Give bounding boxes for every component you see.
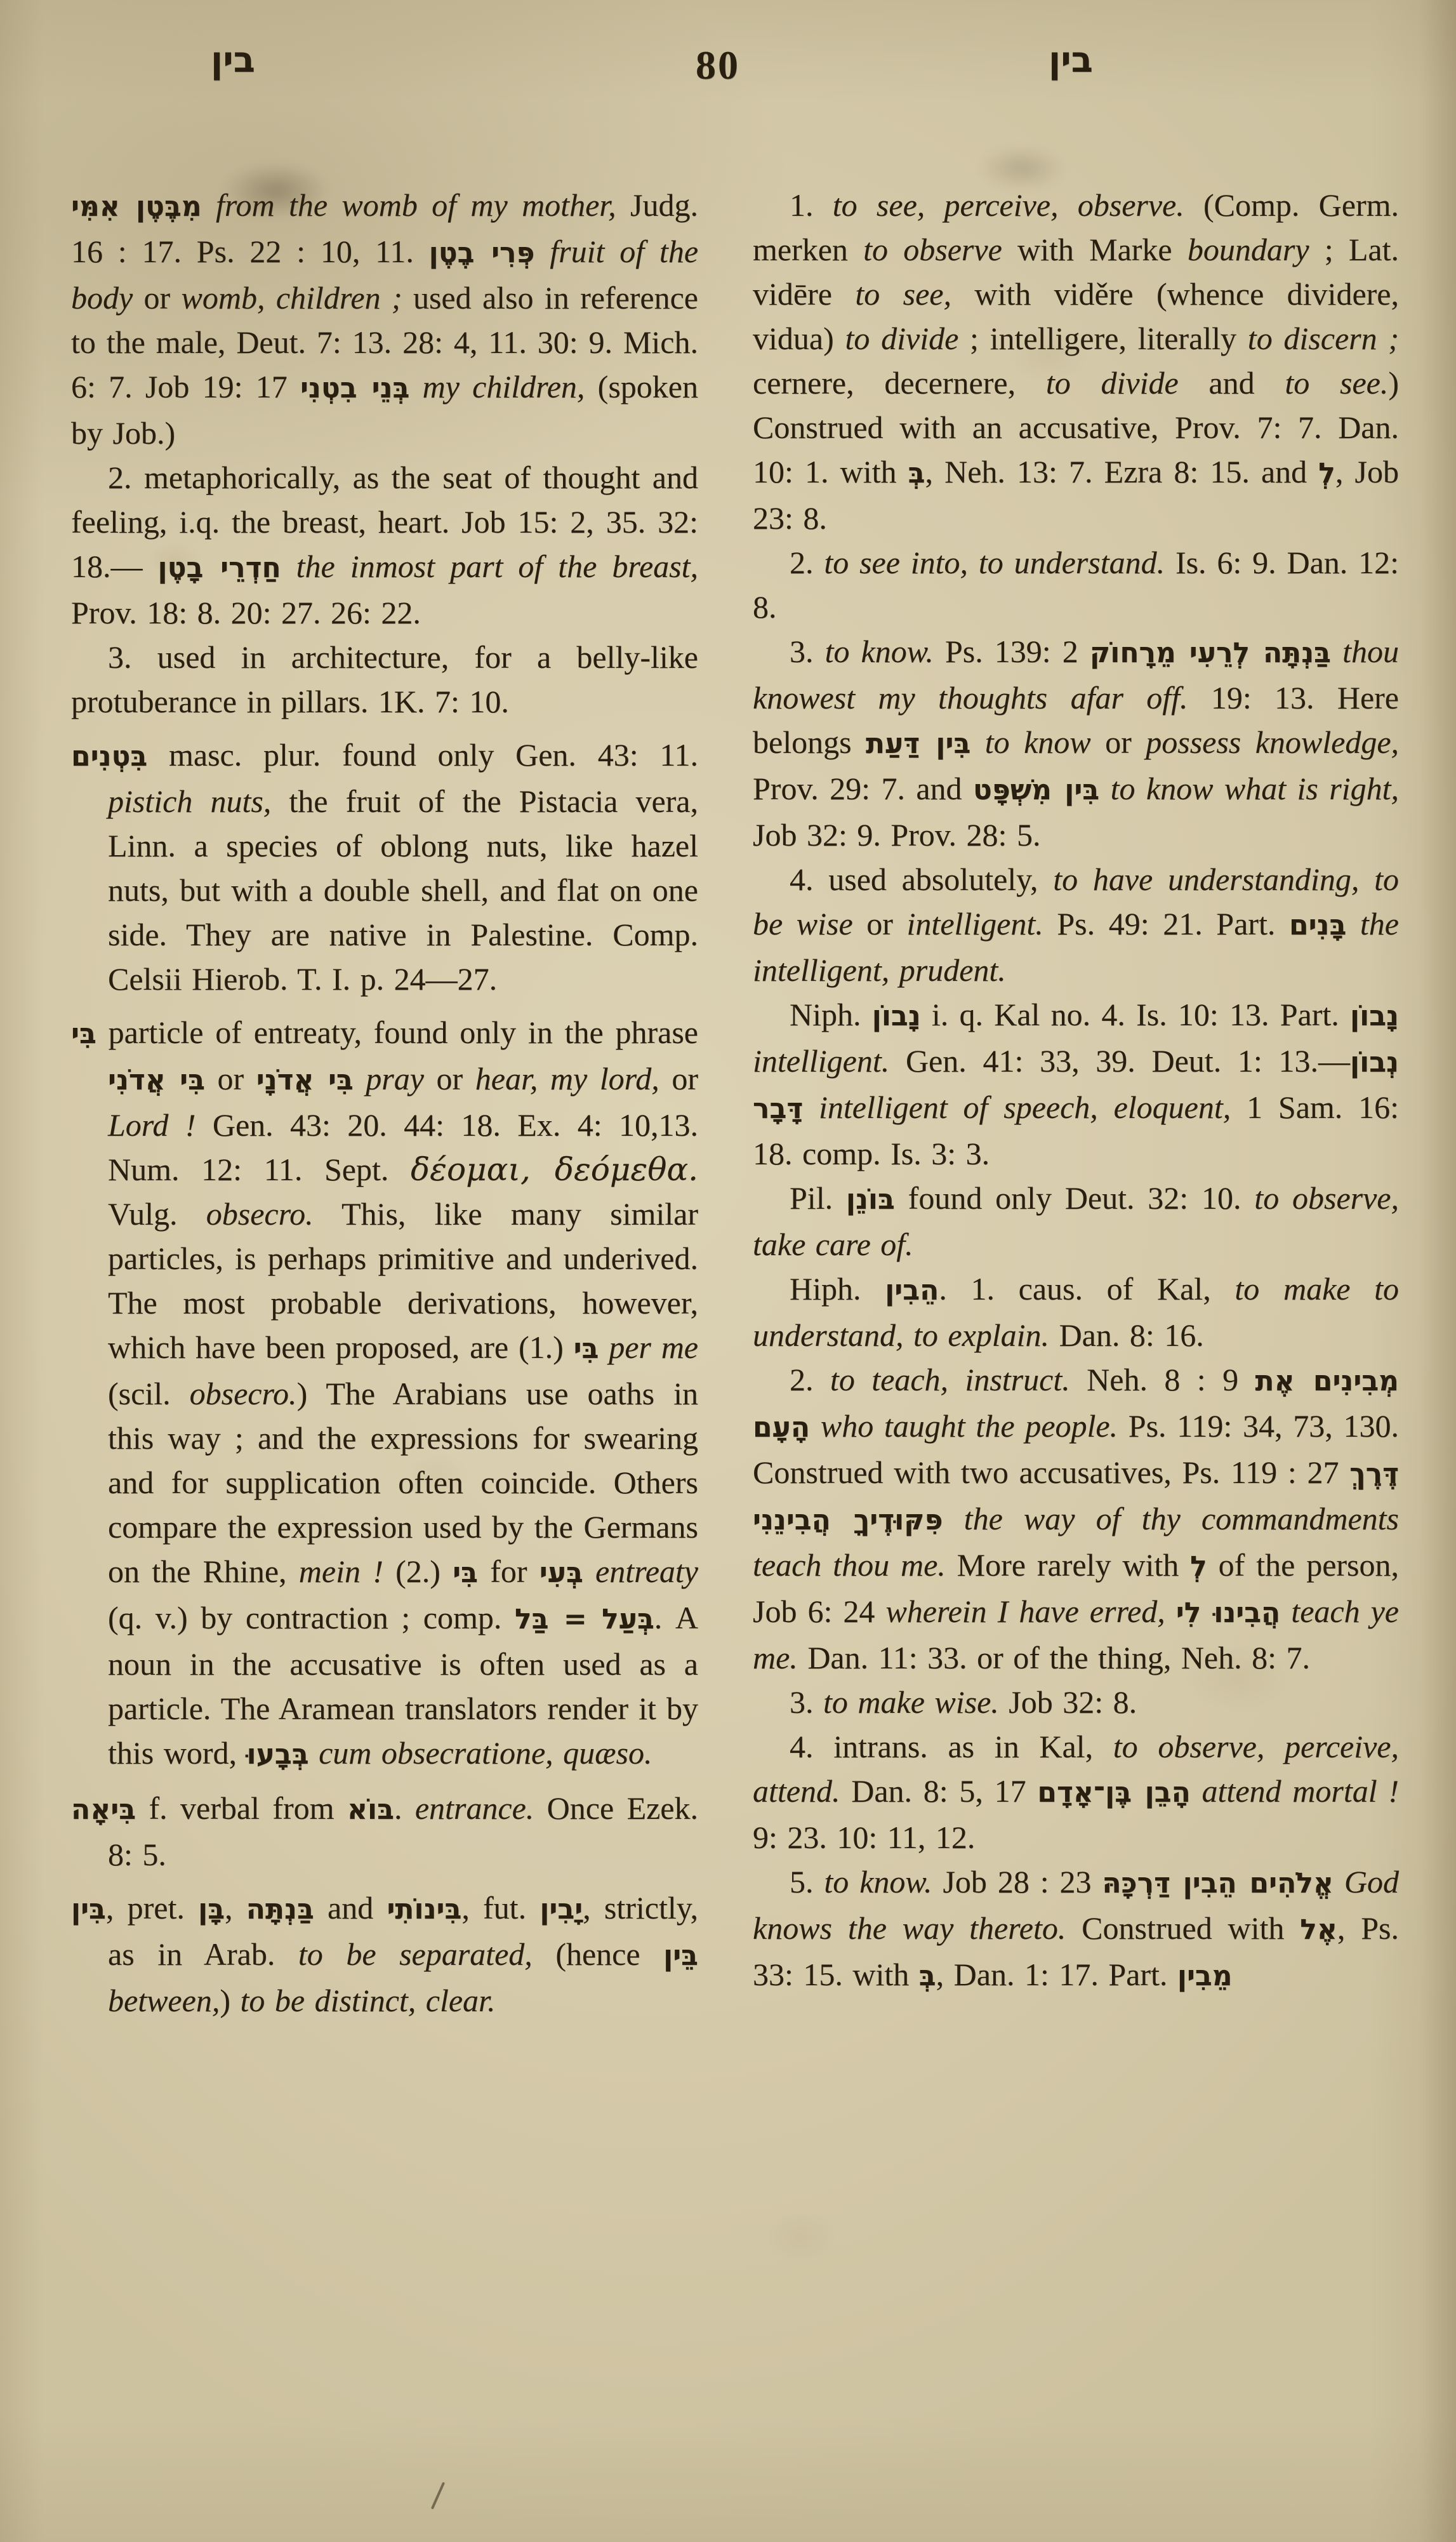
text-run-roman: 2.: [790, 1362, 830, 1397]
text-run-italic: to know.: [825, 634, 934, 669]
text-run-italic: between,: [108, 1983, 220, 2018]
text-run-hebrew: אֱלֹהִים הֵבִין דַּרְכָּהּ: [1102, 1867, 1334, 1900]
text-run-italic: to be distinct, clear.: [240, 1983, 495, 2018]
text-run-italic: to be separated,: [298, 1936, 533, 1972]
paragraph-sense: Hiph. הֵבִין. 1. caus. of Kal, to make t…: [753, 1267, 1399, 1357]
text-run-italic: Lord !: [108, 1107, 195, 1143]
text-run-italic: per me: [599, 1329, 698, 1365]
text-run-roman: and: [1179, 365, 1285, 401]
paragraph-entry: בִּין, pret. בָּן, בַּנְתָּה and בִּינוֹ…: [71, 1886, 698, 2023]
text-run-roman: , Dan. 1: 17. Part.: [936, 1957, 1177, 1992]
text-run-roman: ; intelligere, literally: [958, 321, 1248, 356]
text-run-hebrew: מִבֶּטֶן אִמִּי: [71, 190, 202, 223]
text-run-roman: f. verbal from: [136, 1790, 347, 1826]
text-run-hebrew: חַדְרֵי בָטֶן: [158, 552, 281, 584]
text-run-roman: , fut.: [461, 1890, 539, 1926]
text-run-roman: Construed with: [1066, 1910, 1300, 1946]
text-run-roman: ,: [225, 1890, 246, 1926]
text-run-roman: (q. v.) by contraction ; comp.: [108, 1600, 515, 1635]
text-run-roman: Job 32: 9. Prov. 28: 5.: [753, 817, 1040, 853]
text-run-roman: Dan. 8: 16.: [1049, 1317, 1204, 1353]
text-run-hebrew: יָבִין: [539, 1893, 583, 1926]
text-run-roman: with Marke: [1002, 232, 1188, 267]
text-run-hebrew: מֵבִין: [1177, 1960, 1233, 1992]
text-run-roman: [1165, 1594, 1176, 1629]
paragraph-sense: 3. to know. Ps. 139: 2 בַּנְתָּה לְרֵעִי…: [753, 629, 1399, 857]
text-run-hebrew: בִּין דַּעַת: [866, 728, 970, 760]
text-run-italic: to observe: [863, 232, 1002, 267]
left-column: מִבֶּטֶן אִמִּי from the womb of my moth…: [71, 183, 698, 2023]
text-run-italic: to make wise.: [823, 1684, 999, 1720]
text-run-italic: obsecro.: [190, 1376, 297, 1411]
text-run-roman: (hence: [533, 1936, 663, 1972]
text-run-roman: cernere, decernere,: [753, 365, 1046, 401]
text-run-roman: Prov. 18: 8. 20: 27. 26: 22.: [71, 595, 421, 630]
text-run-roman: Vulg.: [108, 1196, 206, 1232]
text-run-hebrew: בַּנְתָּה לְרֵעִי מֵרָחוֹק: [1090, 637, 1331, 669]
paragraph-sense: 1. to see, perceive, observe. (Comp. Ger…: [753, 183, 1399, 540]
text-run-roman: or: [424, 1061, 475, 1096]
header-right-word: בין: [1049, 39, 1093, 81]
paragraph-sense: 3. used in architecture, for a belly-lik…: [71, 635, 698, 724]
text-run-hebrew: הָבֵן בֶּן־אָדָם: [1037, 1776, 1190, 1809]
text-run-italic: cum obsecratione, quæso.: [309, 1735, 652, 1771]
text-run-roman: 4. intrans. as in Kal,: [790, 1729, 1113, 1764]
text-run-hebrew: בִּטְנִים: [71, 740, 147, 773]
text-run-hebrew: בְּעַל = בַּל: [515, 1603, 654, 1635]
text-run-italic: to know.: [824, 1864, 932, 1900]
text-run-roman: masc. plur. found only Gen. 43: 11.: [147, 737, 698, 773]
text-run-italic: who taught the people.: [810, 1408, 1118, 1444]
right-column: 1. to see, perceive, observe. (Comp. Ger…: [753, 183, 1399, 1999]
paragraph-sense: Niph. נָבוֹן i. q. Kal no. 4. Is. 10: 13…: [753, 992, 1399, 1176]
paragraph-sense: 5. to know. Job 28 : 23 אֱלֹהִים הֵבִין …: [753, 1860, 1399, 1999]
paragraph-sense: 4. intrans. as in Kal, to observe, perce…: [753, 1724, 1399, 1860]
text-run-italic: obsecro.: [206, 1196, 314, 1232]
text-run-hebrew: בּוֹא: [347, 1793, 394, 1826]
text-run-hebrew: בָּנִים: [1289, 909, 1346, 942]
text-run-hebrew: בִּיאָה: [71, 1793, 136, 1826]
text-run-italic: boundary: [1188, 232, 1309, 267]
text-run-hebrew: בִּי: [574, 1333, 599, 1365]
text-run-roman: i. q. Kal no. 4. Is. 10: 13. Part.: [921, 997, 1350, 1032]
stray-pen-mark: [431, 2482, 445, 2510]
text-run-roman: Ps. 139: 2: [934, 634, 1090, 669]
text-run-roman: , Neh. 13: 7. Ezra 8: 15. and: [925, 454, 1318, 489]
text-run-roman: 3.: [790, 1684, 823, 1720]
text-run-roman: . 1. caus. of Kal,: [939, 1271, 1234, 1307]
text-run-italic: entrance.: [415, 1790, 534, 1826]
text-run-roman: Dan. 8: 5, 17: [840, 1773, 1037, 1809]
text-run-italic: intelligent.: [907, 906, 1043, 942]
paragraph-entry: בִּי particle of entreaty, found only in…: [71, 1010, 698, 1777]
text-run-roman: Dan. 11: 33. or of the thing, Neh. 8: 7.: [798, 1640, 1310, 1675]
text-run-italic: to see into, to understand.: [824, 545, 1165, 580]
text-run-roman: or: [659, 1061, 698, 1096]
text-run-hebrew: נָבוֹן: [1350, 1000, 1399, 1032]
paragraph-sense: 2. to teach, instruct. Neh. 8 : 9 מְבִינ…: [753, 1357, 1399, 1680]
text-run-hebrew: נָבוֹן: [872, 1000, 921, 1032]
text-run-italic: from the womb of my mother,: [202, 187, 616, 223]
text-run-italic: to divide: [845, 321, 958, 356]
text-run-italic: mein !: [299, 1554, 383, 1589]
text-run-italic: attend mortal !: [1191, 1773, 1399, 1809]
text-run-hebrew: אֶל: [1300, 1913, 1337, 1946]
text-run-roman: found only Deut. 32: 10.: [895, 1180, 1254, 1216]
text-run-italic: to see,: [855, 276, 951, 312]
paragraph-entry: בִּיאָה f. verbal from בּוֹא. entrance. …: [71, 1786, 698, 1877]
text-run-roman: Hiph.: [790, 1271, 885, 1307]
text-run-roman: 5.: [790, 1864, 824, 1900]
book-page: בין 80 בין מִבֶּטֶן אִמִּי from the womb…: [0, 0, 1456, 2542]
text-run-roman: , pret.: [106, 1890, 198, 1926]
text-run-italic: possess knowledge,: [1146, 724, 1399, 760]
text-run-italic: hear, my lord,: [475, 1061, 659, 1096]
text-run-roman: and: [314, 1890, 387, 1926]
text-run-hebrew: לְ: [1190, 1550, 1207, 1583]
text-run-hebrew: לְ: [1318, 457, 1335, 489]
text-run-italic: to know: [970, 724, 1090, 760]
paragraph-sense: 3. to make wise. Job 32: 8.: [753, 1680, 1399, 1724]
text-run-roman: 3. used in architecture, for a belly-lik…: [71, 639, 698, 719]
text-run-hebrew: בְּ: [919, 1960, 936, 1992]
text-run-hebrew: בֵּין: [663, 1940, 698, 1972]
text-run-roman: Prov. 29: 7. and: [753, 771, 973, 806]
text-run-hebrew: בִּין מִשְׁפָּט: [973, 774, 1099, 806]
text-run-roman: or: [853, 906, 907, 942]
text-run-roman: or: [133, 280, 181, 316]
text-run-roman: .: [394, 1790, 415, 1826]
text-run-roman: or: [205, 1061, 256, 1096]
text-run-italic: intelligent.: [753, 1043, 889, 1079]
text-run-roman: 1.: [790, 187, 833, 223]
text-run-roman: for: [478, 1554, 539, 1589]
text-run-roman: or: [1091, 724, 1146, 760]
text-run-italic: pray: [354, 1061, 424, 1096]
text-run-hebrew: הֵבִין: [885, 1274, 939, 1307]
paragraph-sense: 4. used absolutely, to have understandin…: [753, 857, 1399, 992]
text-run-roman: (2.): [383, 1554, 453, 1589]
text-run-roman: ): [220, 1983, 240, 2018]
text-run-roman: Pil.: [790, 1180, 846, 1216]
text-run-hebrew: בִּי אֲדֹנִי: [108, 1064, 205, 1096]
text-run-roman: particle of entreaty, found only in the …: [96, 1015, 698, 1050]
text-run-italic: my children,: [409, 369, 585, 404]
text-run-hebrew: בְּ: [908, 457, 925, 489]
text-run-italic: womb, children ;: [182, 280, 402, 316]
text-run-hebrew: בְּעִי: [539, 1557, 583, 1589]
text-run-hebrew: בִּין: [71, 1893, 106, 1926]
text-run-italic: the inmost part of the breast,: [281, 549, 698, 584]
paragraph-sense: 2. to see into, to understand. Is. 6: 9.…: [753, 540, 1399, 629]
text-run-hebrew: בּוֹנֵן: [846, 1183, 895, 1216]
page-number: 80: [696, 42, 740, 89]
text-run-italic: pistich nuts,: [108, 783, 271, 819]
text-run-roman: Job 32: 8.: [999, 1684, 1137, 1720]
text-run-hebrew: פְּרִי בֶטֶן: [429, 237, 535, 269]
text-run-roman: Job 28 : 23: [932, 1864, 1102, 1900]
text-run-roman: 9: 23. 10: 11, 12.: [753, 1820, 975, 1855]
paragraph-sense: 2. metaphorically, as the seat of though…: [71, 455, 698, 635]
text-run-hebrew: בְּבָעוּ: [247, 1738, 309, 1771]
paragraph-sense: Pil. בּוֹנֵן found only Deut. 32: 10. to…: [753, 1176, 1399, 1267]
text-run-hebrew: בָּן: [198, 1893, 225, 1926]
text-run-roman: Ps. 49: 21. Part.: [1043, 906, 1289, 942]
text-run-italic: to discern ;: [1248, 321, 1399, 356]
text-run-roman: Niph.: [790, 997, 872, 1032]
text-run-roman: (scil.: [108, 1376, 190, 1411]
text-run-italic: wherein I have erred,: [885, 1594, 1165, 1629]
text-run-roman: 3.: [790, 634, 825, 669]
text-run-roman: 2.: [790, 545, 824, 580]
paragraph-entry: בִּטְנִים masc. plur. found only Gen. 43…: [71, 733, 698, 1001]
text-run-roman: Neh. 8 : 9: [1070, 1362, 1255, 1397]
text-run-italic: to see.: [1285, 365, 1388, 401]
text-run-hebrew: בִּי: [453, 1557, 478, 1589]
text-run-hebrew: בַּנְתָּה: [246, 1893, 314, 1926]
text-run-roman: More rarely with: [946, 1547, 1190, 1583]
text-run-hebrew: בְּנֵי בִטְנִי: [300, 372, 409, 404]
text-run-greek: δέομαι, δεόμεθα.: [411, 1151, 698, 1188]
text-run-italic: entreaty: [583, 1554, 698, 1589]
paragraph-cont: מִבֶּטֶן אִמִּי from the womb of my moth…: [71, 183, 698, 455]
text-run-italic: to know what is right,: [1099, 771, 1399, 806]
text-run-hebrew: בִּי: [71, 1018, 96, 1050]
text-run-roman: Gen. 41: 33, 39. Deut. 1: 13.—: [889, 1043, 1350, 1079]
header-left-word: בין: [211, 39, 255, 81]
text-run-italic: to teach, instruct.: [830, 1362, 1070, 1397]
text-run-hebrew: בִּינוֹתִי: [387, 1893, 461, 1926]
text-run-italic: to see, perceive, observe.: [833, 187, 1184, 223]
text-run-italic: to divide: [1046, 365, 1179, 401]
text-run-roman: 4. used absolutely,: [790, 862, 1053, 897]
text-run-hebrew: הֲבִינוּ לִי: [1176, 1597, 1280, 1629]
text-run-italic: intelligent of speech, eloquent,: [803, 1089, 1231, 1125]
text-run-hebrew: בִּי אֲדֹנָי: [256, 1064, 354, 1096]
